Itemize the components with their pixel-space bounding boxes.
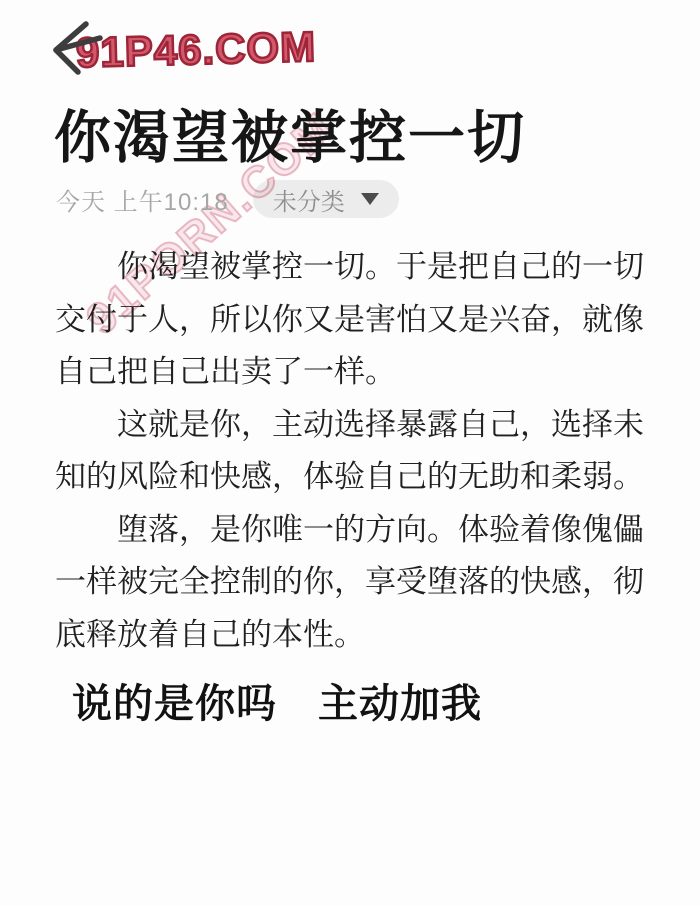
category-label: 未分类 <box>273 182 345 217</box>
note-timestamp: 今天 上午10:18 <box>56 182 229 217</box>
note-paragraph: 你渴望被掌控一切。于是把自己的一切交付于人，所以你又是害怕又是兴奋，就像自己把自… <box>55 241 649 399</box>
note-paragraph: 堕落，是你唯一的方向。体验着像傀儡一样被完全控制的你，享受堕落的快感，彻底释放着… <box>55 504 649 662</box>
notes-app-screen: 91PORN.COM 91P46.COM 你渴望被掌控一切 今天 上午10:18… <box>0 0 700 906</box>
top-site-watermark: 91P46.COM <box>75 23 316 77</box>
note-title[interactable]: 你渴望被掌控一切 <box>54 92 526 174</box>
back-arrow-icon <box>44 64 106 79</box>
category-pill[interactable]: 未分类 <box>253 180 399 218</box>
caret-down-icon <box>361 193 379 205</box>
back-button[interactable] <box>44 16 106 76</box>
note-body[interactable]: 你渴望被掌控一切。于是把自己的一切交付于人，所以你又是害怕又是兴奋，就像自己把自… <box>55 241 649 661</box>
note-closing-line: 说的是你吗 主动加我 <box>72 672 482 729</box>
note-paragraph: 这就是你，主动选择暴露自己，选择未知的风险和快感，体验自己的无助和柔弱。 <box>55 399 649 504</box>
note-meta-row: 今天 上午10:18 未分类 <box>56 180 399 218</box>
